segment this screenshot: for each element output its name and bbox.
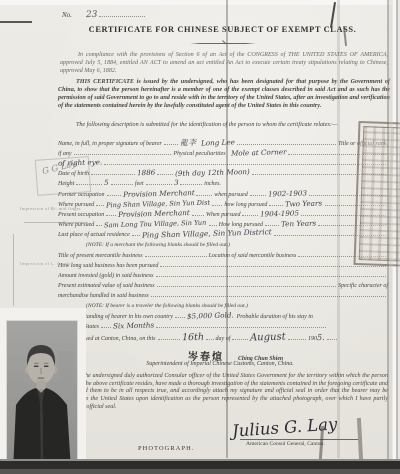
margin-rule-1 (24, 222, 88, 223)
mercantile-location-label: Location of said mercantile business (209, 253, 297, 259)
issued-day: 16th (181, 332, 203, 344)
issued-year-hand: 5. (317, 333, 325, 342)
residence-label: Last place of actual residence (58, 232, 130, 238)
consul-signature-block: Julius G. Lay American Consul General, C… (232, 418, 362, 447)
residence-value: Ping Shan Village, Sin Yun District (142, 227, 272, 239)
issued-month: August (250, 332, 286, 344)
duration-label: Probable duration of his stay in (237, 314, 313, 320)
right-fold-line (337, 0, 340, 458)
dob-value-2: (9th day 12th Moon) (175, 167, 250, 178)
former-how-long-value: Two Years (285, 199, 322, 209)
margin-initials-box (35, 156, 91, 196)
photograph-label: PHOTOGRAPH. (138, 445, 195, 452)
center-fold-line (226, 0, 228, 458)
height-inches-value: 3 (173, 178, 178, 187)
duration-value: Six Months (113, 320, 154, 330)
official-title-line: Superintendent of Imperial Chinese Custo… (80, 361, 360, 367)
day-of-label: day of (216, 336, 231, 342)
present-where-value: Sam Long Tou Village, Sin Yun (104, 219, 207, 230)
dob-value: 1886 (137, 168, 156, 177)
signature-rule (240, 439, 358, 440)
title-divider (190, 41, 256, 45)
mercantile-title-label: Title of present mercantile business (58, 253, 143, 259)
former-when-label: when pursued (214, 192, 248, 198)
former-how-long-label: how long pursued (224, 202, 267, 208)
present-when-label: When pursued (206, 212, 241, 218)
inches-label: inches. (204, 181, 221, 187)
present-when-value: 1904-1905 (260, 208, 299, 218)
left-edge-mark (0, 21, 32, 23)
portrait-illustration (7, 321, 77, 471)
consul-title: American Consul General, Canton. (232, 441, 362, 447)
bottom-scan-edge (0, 459, 400, 474)
present-occupation-label: Present occupation (58, 212, 104, 218)
number-label: No. (62, 11, 72, 19)
feet-label: feet (135, 181, 144, 187)
former-when-value: 1902-1903 (268, 188, 307, 198)
scanned-certificate-page: No. 23 CERTIFICATE FOR CHINESE SUBJECT O… (0, 0, 400, 474)
name-chinese-value: 龍李 (180, 137, 197, 148)
specific-character-label: Specific character of (338, 283, 388, 289)
certificate-number-line: No. 23 (62, 10, 147, 20)
number-leader-line (99, 11, 145, 17)
present-how-long-value: Ten Years (281, 219, 316, 229)
name-value: Long Lee (201, 138, 235, 148)
former-where-value: Ping Shan Village, Sin Yun Dist (106, 199, 210, 210)
height-feet-value: 5 (104, 178, 109, 187)
certificate-body-paragraph: THIS CERTIFICATE is issued by the unders… (58, 78, 390, 110)
peculiarities-value: Mole at Corner (230, 147, 286, 157)
left-thumb-stamp: Impression of L. thumb (20, 261, 70, 266)
present-occupation-value: Provision Merchant (118, 208, 190, 219)
left-margin-line (13, 234, 14, 306)
right-finger-stamp: Impression of Rt. mid finger (20, 206, 81, 211)
issued-prefix: Issued at Canton, China, on this (78, 336, 156, 342)
business-duration-label: How long said business has been pursued (58, 263, 158, 269)
description-intro: The following description is submitted f… (58, 121, 390, 129)
right-page-edge (384, 0, 400, 474)
if-any-label: if any (58, 151, 72, 157)
former-occupation-value: Provision Merchant (122, 188, 194, 199)
merchandise-label: merchandise handled in said business (58, 293, 149, 299)
issued-year-printed: 190 (308, 336, 317, 342)
bearer-photograph (6, 320, 78, 472)
peculiarities-label: Physical peculiarities (173, 151, 225, 157)
certificate-number: 23 (86, 10, 98, 20)
name-label: Name, in full, in proper signature of be… (58, 141, 162, 147)
amount-invested-label: Amount invested (gold) in said business (58, 273, 154, 279)
estimated-value-label: Present estimated value of said business (58, 283, 155, 289)
